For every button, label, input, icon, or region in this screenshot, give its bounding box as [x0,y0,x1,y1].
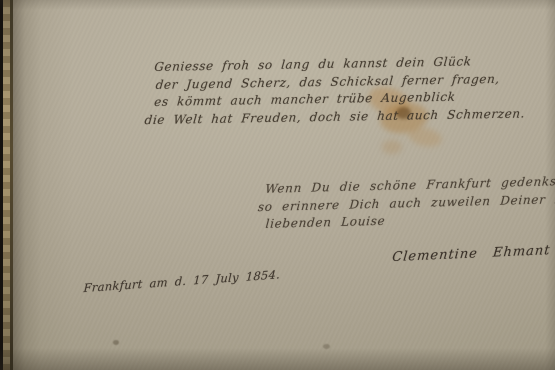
book-page-edge [3,0,10,370]
page-shading-top [0,0,555,10]
page-shading-bottom [0,348,555,370]
poem-verse: Geniesse froh so lang du kannst dein Glü… [144,52,531,129]
manuscript-photo: Geniesse froh so lang du kannst dein Glü… [0,0,555,370]
dedication: Wenn Du die schöne Frankfurt gedenkst so… [256,172,555,233]
paper-speck [113,340,119,345]
gutter-shadow [13,0,73,370]
foxing-stain [382,140,402,154]
paper-speck [323,344,330,349]
